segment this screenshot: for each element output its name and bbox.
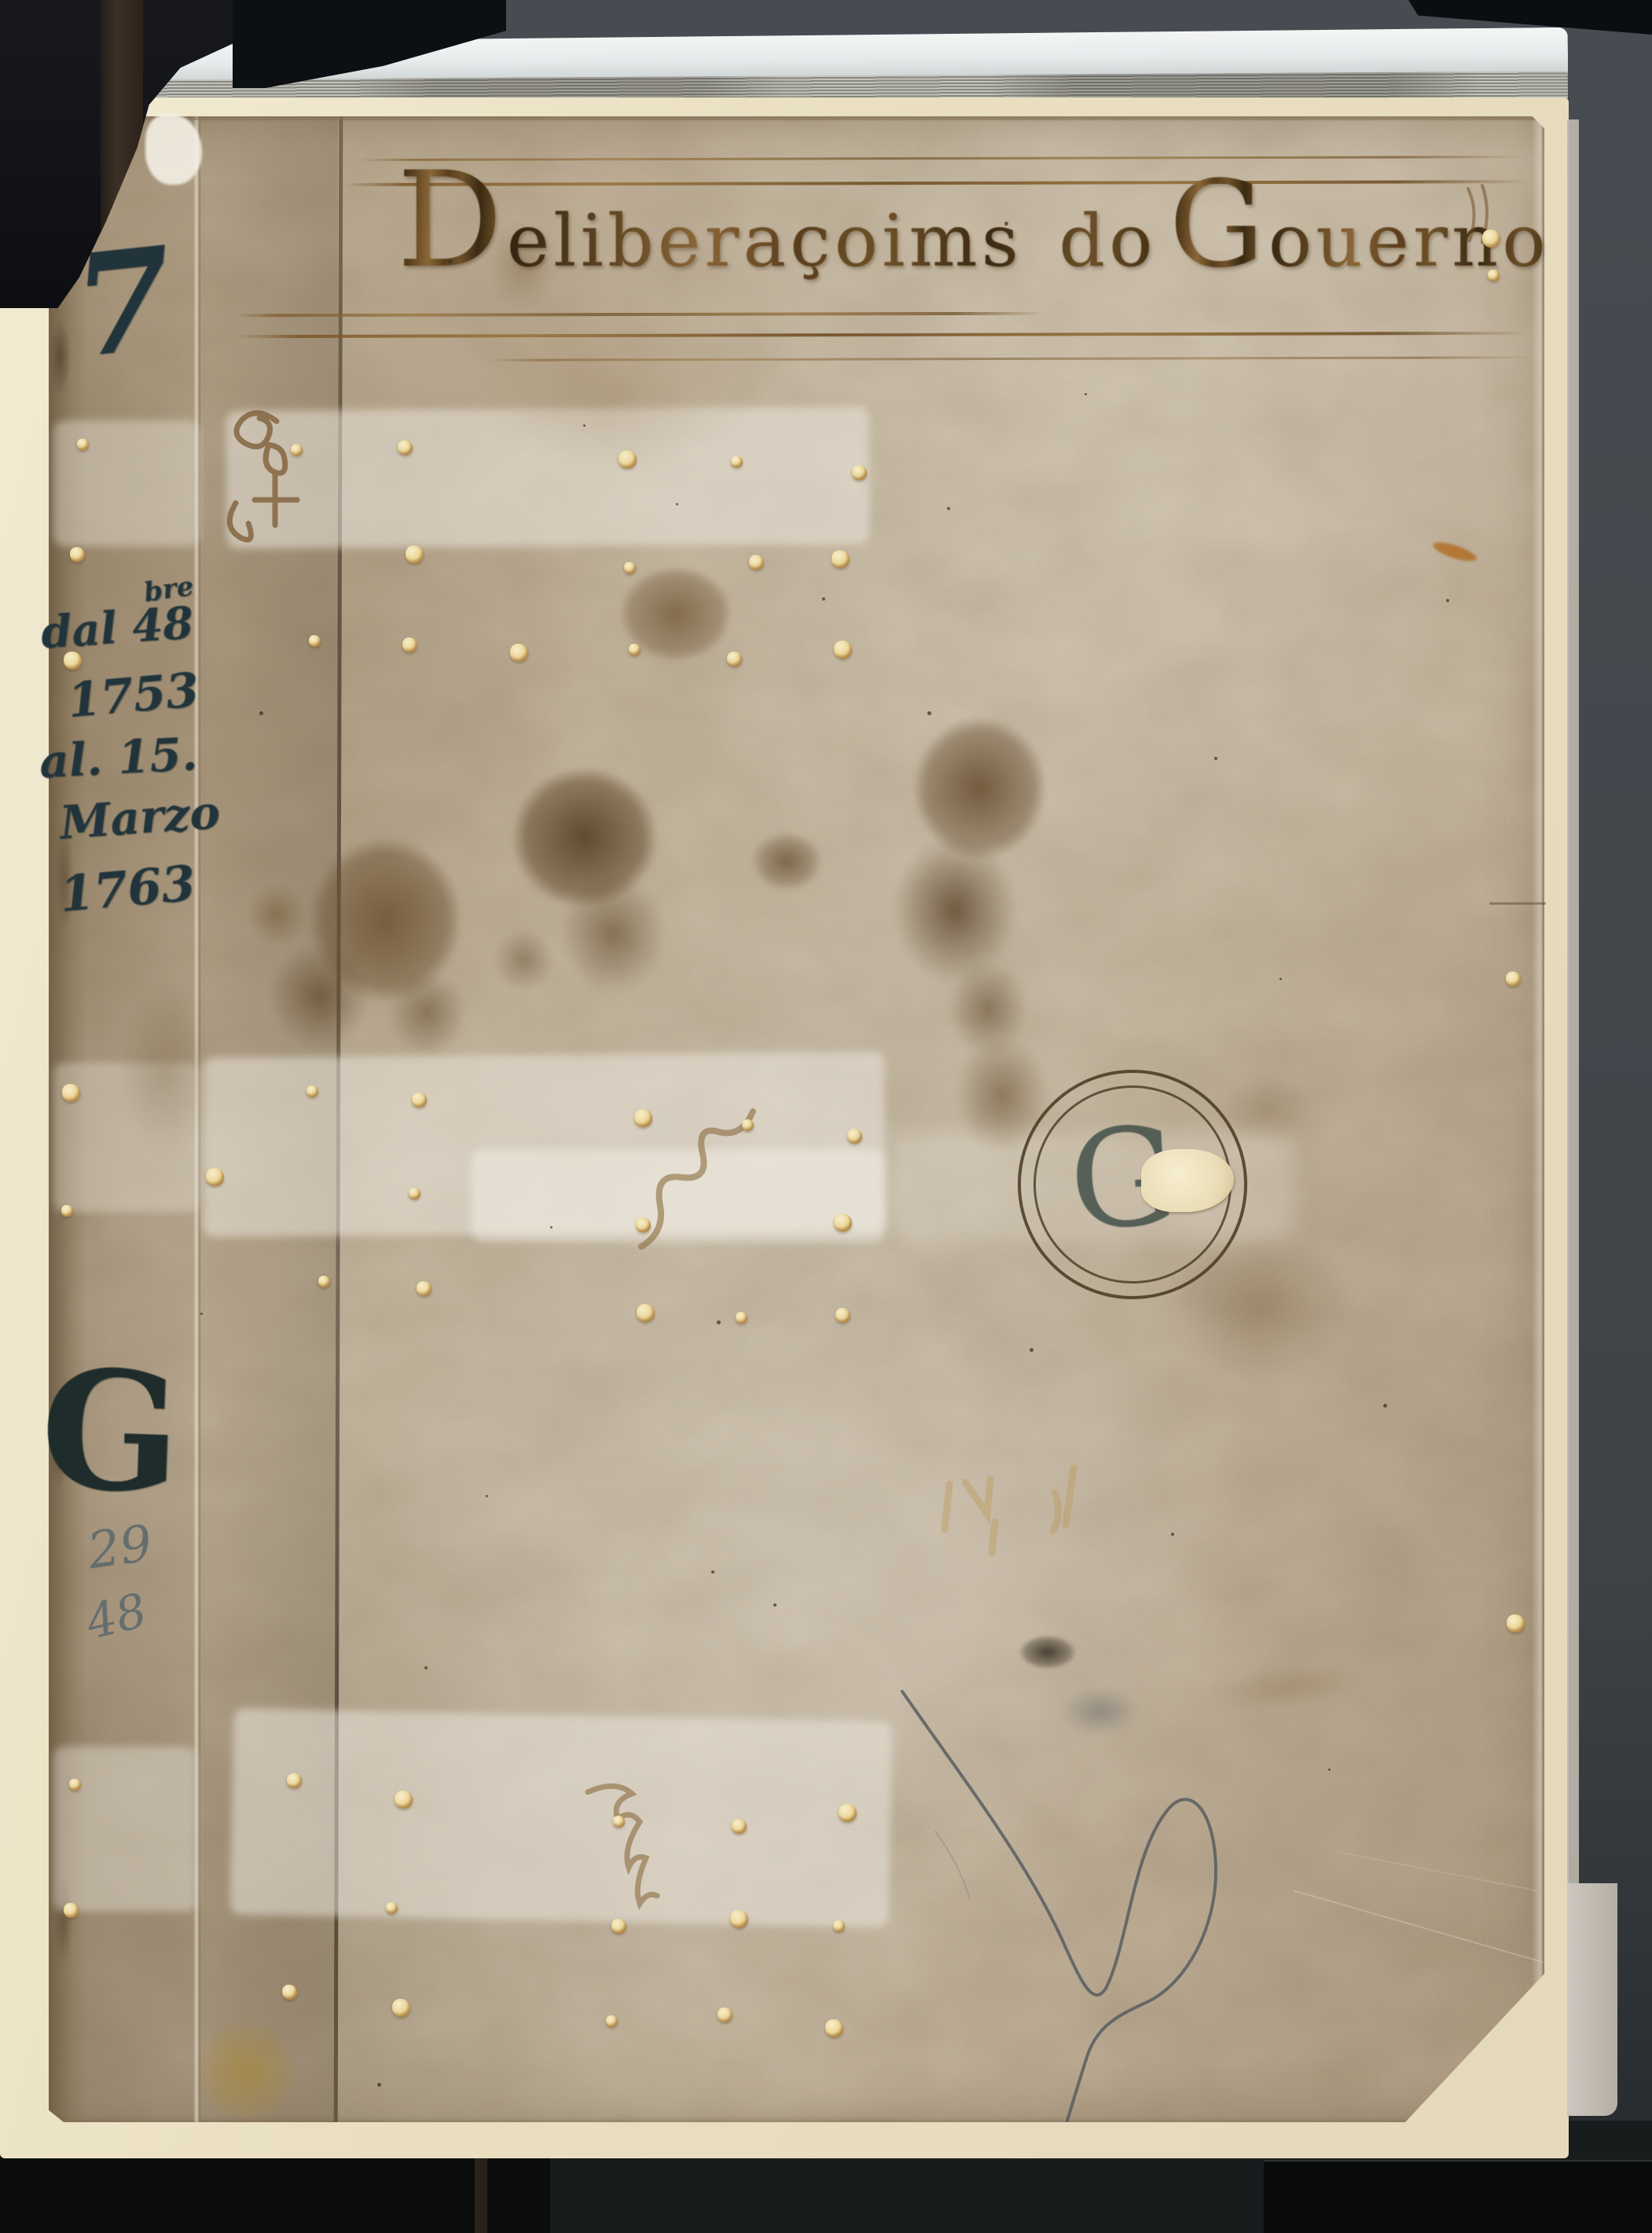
ink-speck — [1383, 1404, 1387, 1408]
title-initial-d: D — [397, 161, 507, 280]
wax-dot — [287, 1773, 302, 1788]
wax-dot — [834, 1214, 852, 1232]
wax-dot — [835, 1308, 850, 1323]
wax-dot — [613, 1816, 625, 1827]
title-text-2: ouerno — [1268, 199, 1550, 283]
repair-band-spine-bottom — [53, 1746, 196, 1912]
ink-speck — [711, 1570, 714, 1574]
ink-stain-right — [865, 703, 1070, 1059]
wax-dot — [398, 440, 413, 455]
ink-speck — [448, 259, 452, 263]
wax-dot — [395, 1790, 413, 1809]
spine-date-to-year: 1763 — [57, 854, 197, 924]
wax-dot — [730, 1910, 748, 1928]
wax-dot — [619, 450, 637, 468]
wax-dot — [409, 1188, 420, 1199]
wax-dot — [69, 1779, 81, 1790]
wax-dot — [732, 1819, 747, 1834]
wax-dot — [392, 1999, 410, 2017]
wax-dot — [309, 635, 321, 647]
wax-dot — [629, 644, 641, 656]
spine-date-from: dal 48 — [39, 597, 195, 659]
spine-date-from-year: 1753 — [65, 663, 200, 729]
wax-dot — [1488, 270, 1500, 281]
wax-dot — [636, 1217, 651, 1232]
wax-dot — [634, 1109, 652, 1127]
wax-dot — [386, 1902, 398, 1914]
wax-dot — [318, 1276, 330, 1287]
wax-dot — [736, 1312, 747, 1324]
wax-dot — [77, 439, 89, 450]
wax-dot — [510, 644, 528, 662]
ink-speck — [1004, 222, 1008, 226]
wax-dot — [852, 465, 867, 480]
wax-dot — [206, 1168, 224, 1186]
wax-dot — [402, 637, 417, 652]
wax-dot — [832, 550, 850, 568]
ink-stain-upper — [597, 550, 754, 692]
ink-speck — [259, 711, 263, 715]
wax-dot — [70, 547, 85, 562]
spine-date-to-month: Marzo — [58, 785, 222, 850]
wax-dot — [282, 1985, 297, 2000]
wax-dot — [606, 2015, 618, 2027]
archival-book-cover-photo: D eliberaçoims do G ouerno 7 bre dal 48 … — [0, 0, 1652, 2233]
wax-dot — [1506, 971, 1521, 986]
wax-dot — [291, 444, 303, 456]
wax-dot — [61, 1205, 73, 1217]
ink-speck — [1030, 1348, 1033, 1352]
wax-dot — [825, 2019, 843, 2037]
wax-dot — [833, 1920, 845, 1932]
wax-dot — [611, 1919, 626, 1934]
wax-dot — [64, 1903, 79, 1918]
wax-dot — [417, 1281, 431, 1296]
wax-dot — [839, 1804, 857, 1822]
title-initial-g: G — [1169, 171, 1268, 279]
wax-dot — [749, 555, 764, 570]
cover-title: D eliberaçoims do G ouerno — [397, 161, 1544, 314]
ink-speck — [424, 1666, 428, 1669]
ink-speck — [583, 424, 586, 427]
spine-stain — [118, 982, 212, 1155]
wax-dot — [727, 652, 742, 667]
wax-dot — [637, 1304, 655, 1322]
wax-dot — [307, 1085, 318, 1097]
wax-dot — [624, 562, 636, 574]
water-stain — [440, 299, 770, 464]
ink-speck — [200, 1313, 203, 1315]
ink-speck — [486, 1495, 488, 1497]
ink-speck — [1328, 1768, 1331, 1771]
wax-dot — [64, 652, 82, 670]
wax-dot — [718, 2007, 732, 2022]
wax-dot — [62, 1084, 80, 1102]
wax-dot — [412, 1093, 427, 1107]
gray-leaf-edge — [1567, 119, 1579, 2116]
light-sheen — [550, 1297, 1257, 1847]
ink-speck — [1214, 757, 1217, 760]
book-board-bottom-right — [1264, 2160, 1652, 2233]
fore-edge-highlight — [1532, 116, 1544, 2122]
wax-dot — [406, 545, 424, 564]
wax-dot — [731, 456, 743, 468]
wax-dot — [1507, 1614, 1525, 1633]
spine-series-letter: G — [38, 1334, 184, 1530]
ochre-stain — [195, 2018, 297, 2124]
ink-stain-small — [751, 832, 823, 891]
ink-speck — [947, 507, 950, 510]
ink-speck — [676, 503, 678, 505]
ink-speck — [1446, 599, 1449, 602]
ink-speck — [377, 2083, 381, 2087]
ink-stain-left — [251, 798, 495, 1089]
spine-pencil-number-1: 29 — [84, 1515, 156, 1581]
repair-band-middle-bright — [472, 1149, 885, 1242]
ink-speck — [822, 597, 825, 600]
gray-smudge — [1061, 1687, 1136, 1735]
wax-dot — [847, 1129, 862, 1144]
title-text-1: eliberaçoims do — [507, 199, 1157, 283]
ink-speck — [550, 1226, 553, 1229]
spine-date-to: al. 15. — [38, 727, 198, 788]
stamp-smudge-upper — [1214, 1075, 1316, 1146]
wax-dot — [1482, 230, 1500, 248]
repair-band-spine-top — [53, 421, 200, 546]
gray-leaf-tab — [1567, 1883, 1617, 2116]
dark-blot — [1019, 1635, 1077, 1669]
ink-speck — [717, 1320, 721, 1324]
ink-speck — [1171, 1533, 1174, 1536]
wax-dot — [742, 1119, 754, 1131]
ink-speck — [773, 1603, 776, 1607]
ink-stain-center — [472, 747, 707, 1014]
ink-speck — [927, 711, 931, 715]
cover-top-edge — [49, 116, 1544, 120]
ink-speck — [1279, 978, 1282, 980]
crease-mark — [1489, 902, 1546, 905]
wax-dot — [834, 641, 852, 659]
ink-speck — [1085, 393, 1087, 395]
